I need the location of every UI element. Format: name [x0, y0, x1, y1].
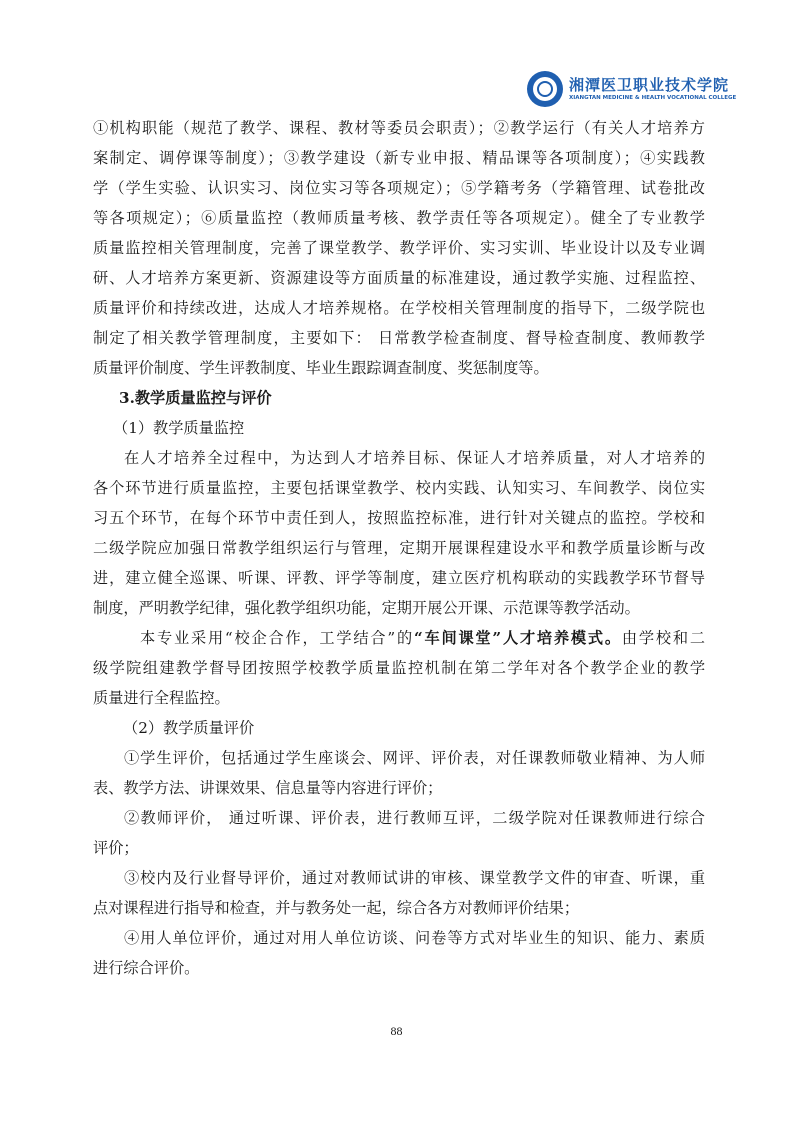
text-line: 在人才培养全过程中，为达到人才培养目标、保证人才培养质量，对人才培养的	[93, 443, 705, 473]
text-line: 研、人才培养方案更新、资源建设等方面质量的标准建设，通过教学实施、过程监控、	[93, 263, 705, 293]
text-line: 级学院组建教学督导团按照学校教学质量监控机制在第二学年对各个教学企业的教学	[93, 653, 705, 683]
text-line: 本专业采用“校企合作，工学结合”的“车间课堂”人才培养模式。由学校和二	[93, 623, 705, 653]
text-line: 制度，严明教学纪律，强化教学组织功能，定期开展公开课、示范课等教学活动。	[93, 593, 705, 623]
text-line: ③校内及行业督导评价，通过对教师试讲的审核、课堂教学文件的审查、听课，重	[93, 863, 705, 893]
bold-emphasis: “车间课堂”人才培养模式。	[414, 629, 622, 647]
text-run: 由学校和二	[622, 629, 705, 647]
text-line: 习五个环节，在每个环节中责任到人，按照监控标准，进行针对关键点的监控。学校和	[93, 503, 705, 533]
text-line: 进行综合评价。	[93, 953, 705, 983]
paragraph-workshop-classroom: 本专业采用“校企合作，工学结合”的“车间课堂”人才培养模式。由学校和二 级学院组…	[93, 623, 705, 713]
paragraph-quality-monitoring: 在人才培养全过程中，为达到人才培养目标、保证人才培养质量，对人才培养的 各个环节…	[93, 443, 705, 623]
text-line: 案制定、调停课等制度）；③教学建设（新专业申报、精品课等各项制度）；④实践教	[93, 143, 705, 173]
text-run: 本专业采用“校企合作，工学结合”的	[140, 629, 414, 647]
text-line: 质量监控相关管理制度，完善了课堂教学、教学评价、实习实训、毕业设计以及专业调	[93, 233, 705, 263]
document-body: ①机构职能（规范了教学、课程、教材等委员会职责）；②教学运行（有关人才培养方 案…	[93, 113, 705, 983]
text-line: 等各项规定）；⑥质量监控（教师质量考核、教学责任等各项规定）。健全了专业教学	[93, 203, 705, 233]
subsection-heading-monitoring: （1）教学质量监控	[93, 413, 705, 443]
text-line: ①学生评价，包括通过学生座谈会、网评、评价表，对任课教师敬业精神、为人师	[93, 743, 705, 773]
section-heading: 3.教学质量监控与评价	[93, 383, 705, 413]
college-logo: 湘潭医卫职业技术学院 XIANGTAN MEDICINE & HEALTH VO…	[527, 70, 736, 108]
college-emblem-icon	[527, 71, 563, 107]
text-line: ①机构职能（规范了教学、课程、教材等委员会职责）；②教学运行（有关人才培养方	[93, 113, 705, 143]
text-line: 质量评价制度、学生评教制度、毕业生跟踪调查制度、奖惩制度等。	[93, 353, 705, 383]
text-line: ②教师评价， 通过听课、评价表，进行教师互评，二级学院对任课教师进行综合	[93, 803, 705, 833]
text-line: 二级学院应加强日常教学组织运行与管理，定期开展课程建设水平和教学质量诊断与改	[93, 533, 705, 563]
text-line: ④用人单位评价，通过对用人单位访谈、问卷等方式对毕业生的知识、能力、素质	[93, 923, 705, 953]
text-line: 进，建立健全巡课、听课、评教、评学等制度，建立医疗机构联动的实践教学环节督导	[93, 563, 705, 593]
paragraph-management-system: ①机构职能（规范了教学、课程、教材等委员会职责）；②教学运行（有关人才培养方 案…	[93, 113, 705, 383]
text-line: 评价；	[93, 833, 705, 863]
logo-english-name: XIANGTAN MEDICINE & HEALTH VOCATIONAL CO…	[569, 94, 736, 102]
text-line: 表、教学方法、讲课效果、信息量等内容进行评价；	[93, 773, 705, 803]
logo-chinese-name: 湘潭医卫职业技术学院	[569, 76, 736, 94]
text-line: 制定了相关教学管理制度，主要如下： 日常教学检查制度、督导检查制度、教师教学	[93, 323, 705, 353]
page-number: 88	[0, 1024, 793, 1039]
text-line: 质量评价和持续改进，达成人才培养规格。在学校相关管理制度的指导下，二级学院也	[93, 293, 705, 323]
subsection-heading-evaluation: （2）教学质量评价	[93, 713, 705, 743]
text-line: 点对课程进行指导和检查，并与教务处一起，综合各方对教师评价结果；	[93, 893, 705, 923]
paragraph-evaluation-list: ①学生评价，包括通过学生座谈会、网评、评价表，对任课教师敬业精神、为人师 表、教…	[93, 743, 705, 983]
text-line: 各个环节进行质量监控，主要包括课堂教学、校内实践、认知实习、车间教学、岗位实	[93, 473, 705, 503]
text-line: 学（学生实验、认识实习、岗位实习等各项规定）；⑤学籍考务（学籍管理、试卷批改	[93, 173, 705, 203]
text-line: 质量进行全程监控。	[93, 683, 705, 713]
